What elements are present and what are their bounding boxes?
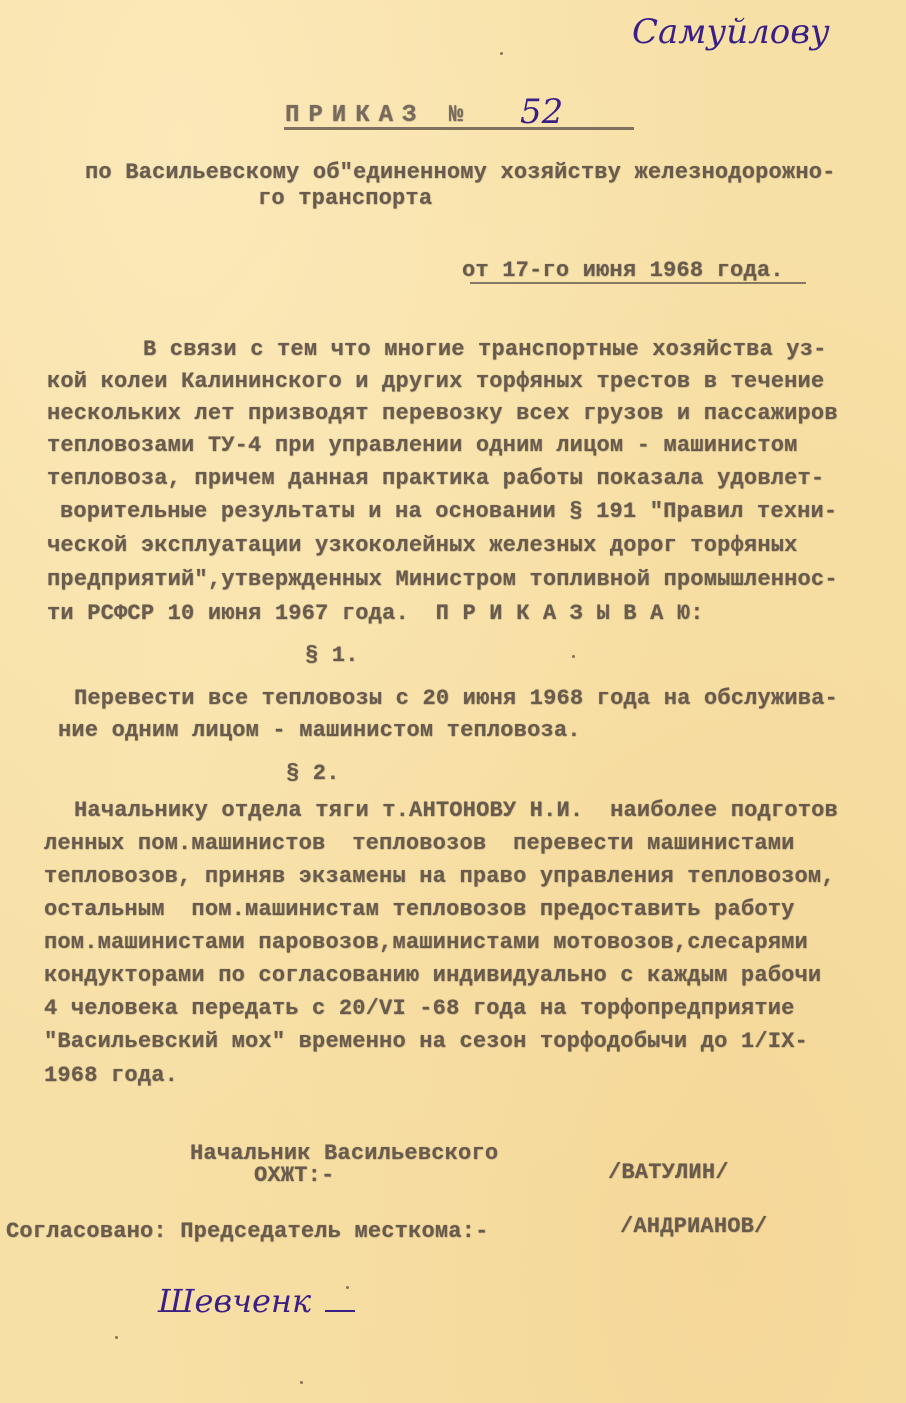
preamble-line: ворительные результаты и на основании § … bbox=[60, 496, 837, 528]
signature-dash bbox=[325, 1310, 355, 1312]
section-heading: § 2. bbox=[286, 758, 340, 790]
date-underline bbox=[470, 282, 806, 284]
chief-title-line-1: Начальник Васильевского bbox=[190, 1138, 498, 1170]
title-underline bbox=[284, 127, 634, 130]
paper-speck bbox=[500, 52, 503, 55]
paper-speck bbox=[346, 1286, 349, 1289]
chief-name: /ВАТУЛИН/ bbox=[608, 1157, 729, 1189]
preamble-line: тепловозами ТУ-4 при управлении одним ли… bbox=[47, 430, 798, 462]
preamble-line: нескольких лет призводят перевозку всех … bbox=[47, 398, 838, 430]
section-line: остальным пом.машинистам тепловозов пред… bbox=[44, 894, 795, 926]
section-heading: § 1. bbox=[305, 640, 359, 672]
handwritten-order-number: 52 bbox=[520, 92, 563, 132]
approved-name: /АНДРИАНОВ/ bbox=[620, 1211, 767, 1243]
preamble-line: тепловоза, причем данная практика работы… bbox=[47, 463, 824, 495]
document-page: Самуйлову ПРИКАЗ № 52 по Васильевскому о… bbox=[0, 0, 906, 1403]
handwritten-signature: Шевченк bbox=[158, 1282, 311, 1320]
section-line: кондукторами по согласованию индивидуаль… bbox=[44, 960, 821, 992]
paper-speck bbox=[300, 1381, 303, 1384]
subtitle-line-2: го транспорта bbox=[258, 183, 432, 215]
section-line: тепловозов, приняв экзамены на право упр… bbox=[44, 861, 835, 893]
preamble-line: ти РСФСР 10 июня 1967 года. П Р И К А З … bbox=[47, 598, 704, 630]
section-line: 1968 года. bbox=[44, 1060, 178, 1092]
paper-speck bbox=[572, 655, 575, 658]
section-line: Перевести все тепловозы с 20 июня 1968 г… bbox=[74, 683, 838, 715]
preamble-line: В связи с тем что многие транспортные хо… bbox=[143, 334, 827, 366]
section-line: 4 человека передать с 20/VI -68 года на … bbox=[44, 993, 795, 1025]
section-line: Начальнику отдела тяги т.АНТОНОВУ Н.И. н… bbox=[74, 795, 838, 827]
preamble-line: предприятий",утвержденных Министром топл… bbox=[47, 564, 838, 596]
section-line: ние одним лицом - машинистом тепловоза. bbox=[58, 715, 581, 747]
paper-speck bbox=[115, 1336, 118, 1339]
preamble-line: ческой эксплуатации узкоколейных железны… bbox=[47, 530, 798, 562]
handwritten-addressee: Самуйлову bbox=[632, 12, 830, 52]
chief-title-line-2: ОХЖТ:- bbox=[254, 1160, 334, 1192]
preamble-line: кой колеи Калининского и других торфяных… bbox=[47, 366, 824, 398]
approved-label: Согласовано: Председатель месткома:- bbox=[6, 1216, 488, 1248]
section-line: ленных пом.машинистов тепловозов перевес… bbox=[44, 828, 795, 860]
subtitle-line-1: по Васильевскому об"единенному хозяйству… bbox=[85, 157, 836, 189]
section-line: пом.машинистами паровозов,машинистами мо… bbox=[44, 927, 808, 959]
section-line: "Васильевский мох" временно на сезон тор… bbox=[44, 1026, 808, 1058]
